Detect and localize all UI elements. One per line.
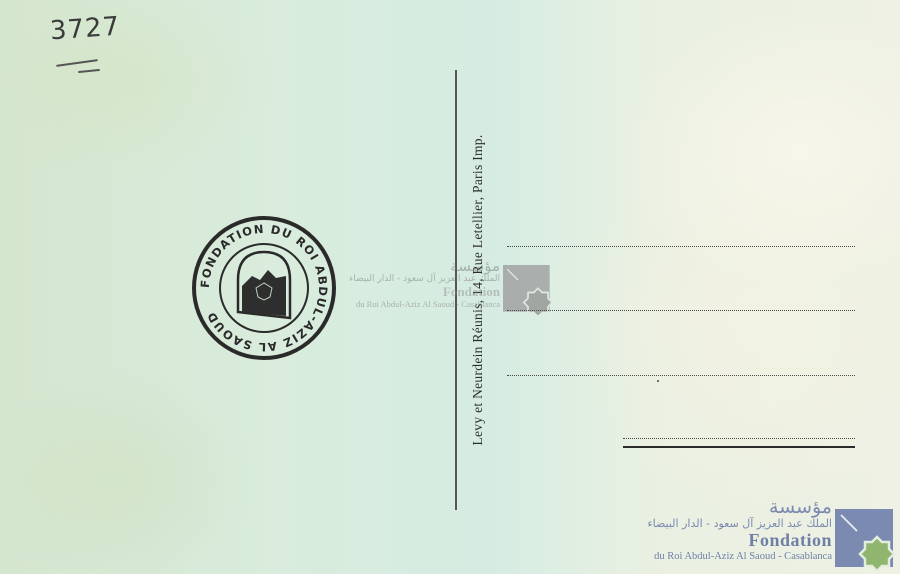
watermark-corner: مؤسسة الملك عبد العزيز آل سعود - الدار ا… <box>600 497 832 563</box>
watermark-title: Fondation <box>600 531 832 550</box>
watermark-subtitle: du Roi Abdul-Aziz Al Saoud - Casablanca <box>330 299 500 310</box>
foundation-logo-icon <box>835 509 895 571</box>
watermark-title: Fondation <box>330 285 500 299</box>
handwritten-underline <box>78 69 100 73</box>
handwritten-underline <box>56 59 98 67</box>
watermark-arabic-subtitle: الملك عبد العزيز آل سعود - الدار البيضاء <box>600 517 832 531</box>
watermark-arabic-title: مؤسسة <box>600 497 832 517</box>
watermark-subtitle: du Roi Abdul-Aziz Al Saoud - Casablanca <box>600 550 832 563</box>
postcard-back: 3727 FONDATION DU ROI ABDUL-AZIZ AL SAOU… <box>0 0 900 574</box>
watermark-center: مؤسسة الملك عبد العزيز آل سعود - الدار ا… <box>330 258 500 310</box>
foundation-stamp: FONDATION DU ROI ABDUL-AZIZ AL SAOUD <box>190 214 338 362</box>
handwritten-catalog-number: 3727 <box>49 12 121 47</box>
address-line <box>507 310 855 311</box>
paper-speck <box>657 380 659 382</box>
address-line <box>507 375 855 376</box>
address-underline <box>623 446 855 448</box>
foundation-logo-icon <box>503 265 553 315</box>
address-line <box>507 246 855 247</box>
watermark-arabic-title: مؤسسة <box>330 258 500 274</box>
address-line <box>623 438 855 439</box>
